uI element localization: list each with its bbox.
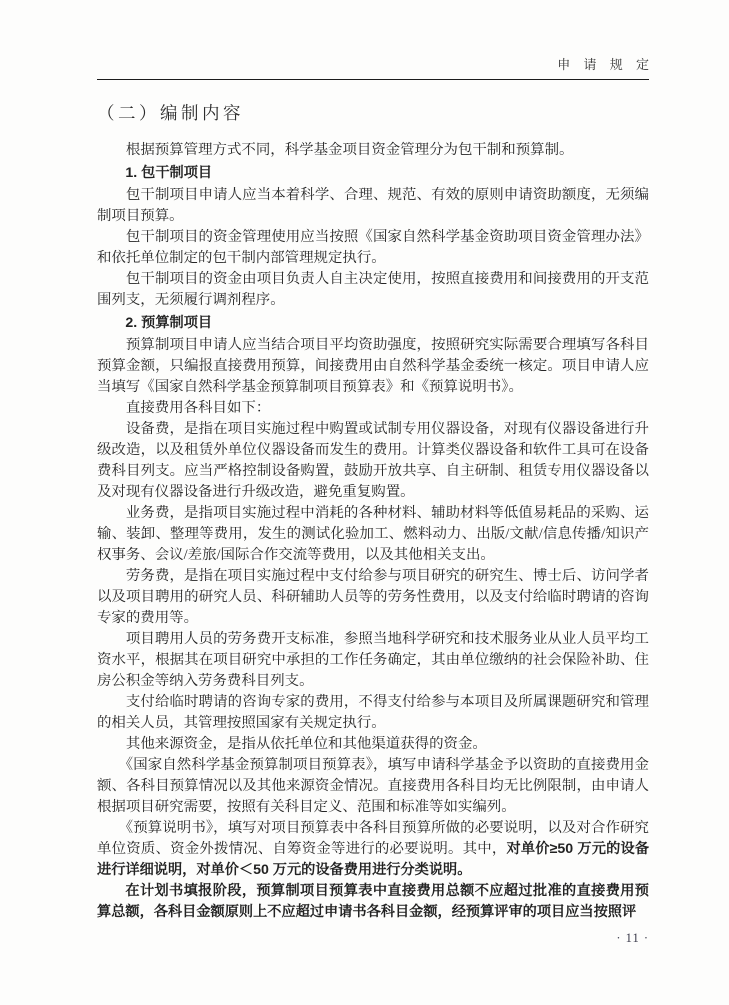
section-title: （二）编制内容 xyxy=(97,101,649,125)
running-header: 申 请 规 定 xyxy=(97,57,654,73)
paragraph: 预算制项目申请人应当结合项目平均资助强度，按照研究实际需要合理填写各科目预算金额… xyxy=(97,335,649,398)
body-text: 根据预算管理方式不同，科学基金项目资金管理分为包干制和预算制。 1. 包干制项目… xyxy=(97,140,649,923)
paragraph-equipment-fee: 设备费，是指在项目实施过程中购置或试制专用仪器设备，对现有仪器设备进行升级改造，… xyxy=(97,419,649,503)
paragraph-intro: 根据预算管理方式不同，科学基金项目资金管理分为包干制和预算制。 xyxy=(97,140,649,161)
paragraph-budget-table: 《国家自然科学基金预算制项目预算表》，填写申请科学基金予以资助的直接费用金额、各… xyxy=(97,755,649,818)
subsection-heading-lumpsum: 1. 包干制项目 xyxy=(97,163,649,184)
paragraph-budget-statement: 《预算说明书》，填写对项目预算表中各科目预算所做的必要说明，以及对合作研究单位资… xyxy=(97,818,649,881)
paragraph-plan-stage: 在计划书填报阶段，预算制项目预算表中直接费用总额不应超过批准的直接费用预算总额，… xyxy=(97,881,649,923)
paragraph: 包干制项目的资金管理使用应当按照《国家自然科学基金资助项目资金管理办法》和依托单… xyxy=(97,227,649,269)
paragraph-operating-fee: 业务费，是指项目实施过程中消耗的各种材料、辅助材料等低值易耗品的采购、运输、装卸… xyxy=(97,503,649,566)
paragraph-other-funds: 其他来源资金，是指从依托单位和其他渠道获得的资金。 xyxy=(97,734,649,755)
paragraph: 支付给临时聘请的咨询专家的费用，不得支付给参与本项目及所属课题研究和管理的相关人… xyxy=(97,692,649,734)
paragraph: 包干制项目的资金由项目负责人自主决定使用，按照直接费用和间接费用的开支范围列支，… xyxy=(97,269,649,311)
paragraph-labor-fee: 劳务费，是指在项目实施过程中支付给参与项目研究的研究生、博士后、访问学者以及项目… xyxy=(97,566,649,629)
paragraph-direct-cost-intro: 直接费用各科目如下： xyxy=(97,398,649,419)
paragraph: 包干制项目申请人应当本着科学、合理、规范、有效的原则申请资助额度，无须编制项目预… xyxy=(97,185,649,227)
page-number: · 11 · xyxy=(97,931,649,946)
subsection-heading-budget: 2. 预算制项目 xyxy=(97,313,649,334)
header-divider xyxy=(97,79,649,80)
paragraph: 项目聘用人员的劳务费开支标准，参照当地科学研究和技术服务业从业人员平均工资水平，… xyxy=(97,629,649,692)
document-page: 申 请 规 定 （二）编制内容 根据预算管理方式不同，科学基金项目资金管理分为包… xyxy=(0,0,729,1005)
